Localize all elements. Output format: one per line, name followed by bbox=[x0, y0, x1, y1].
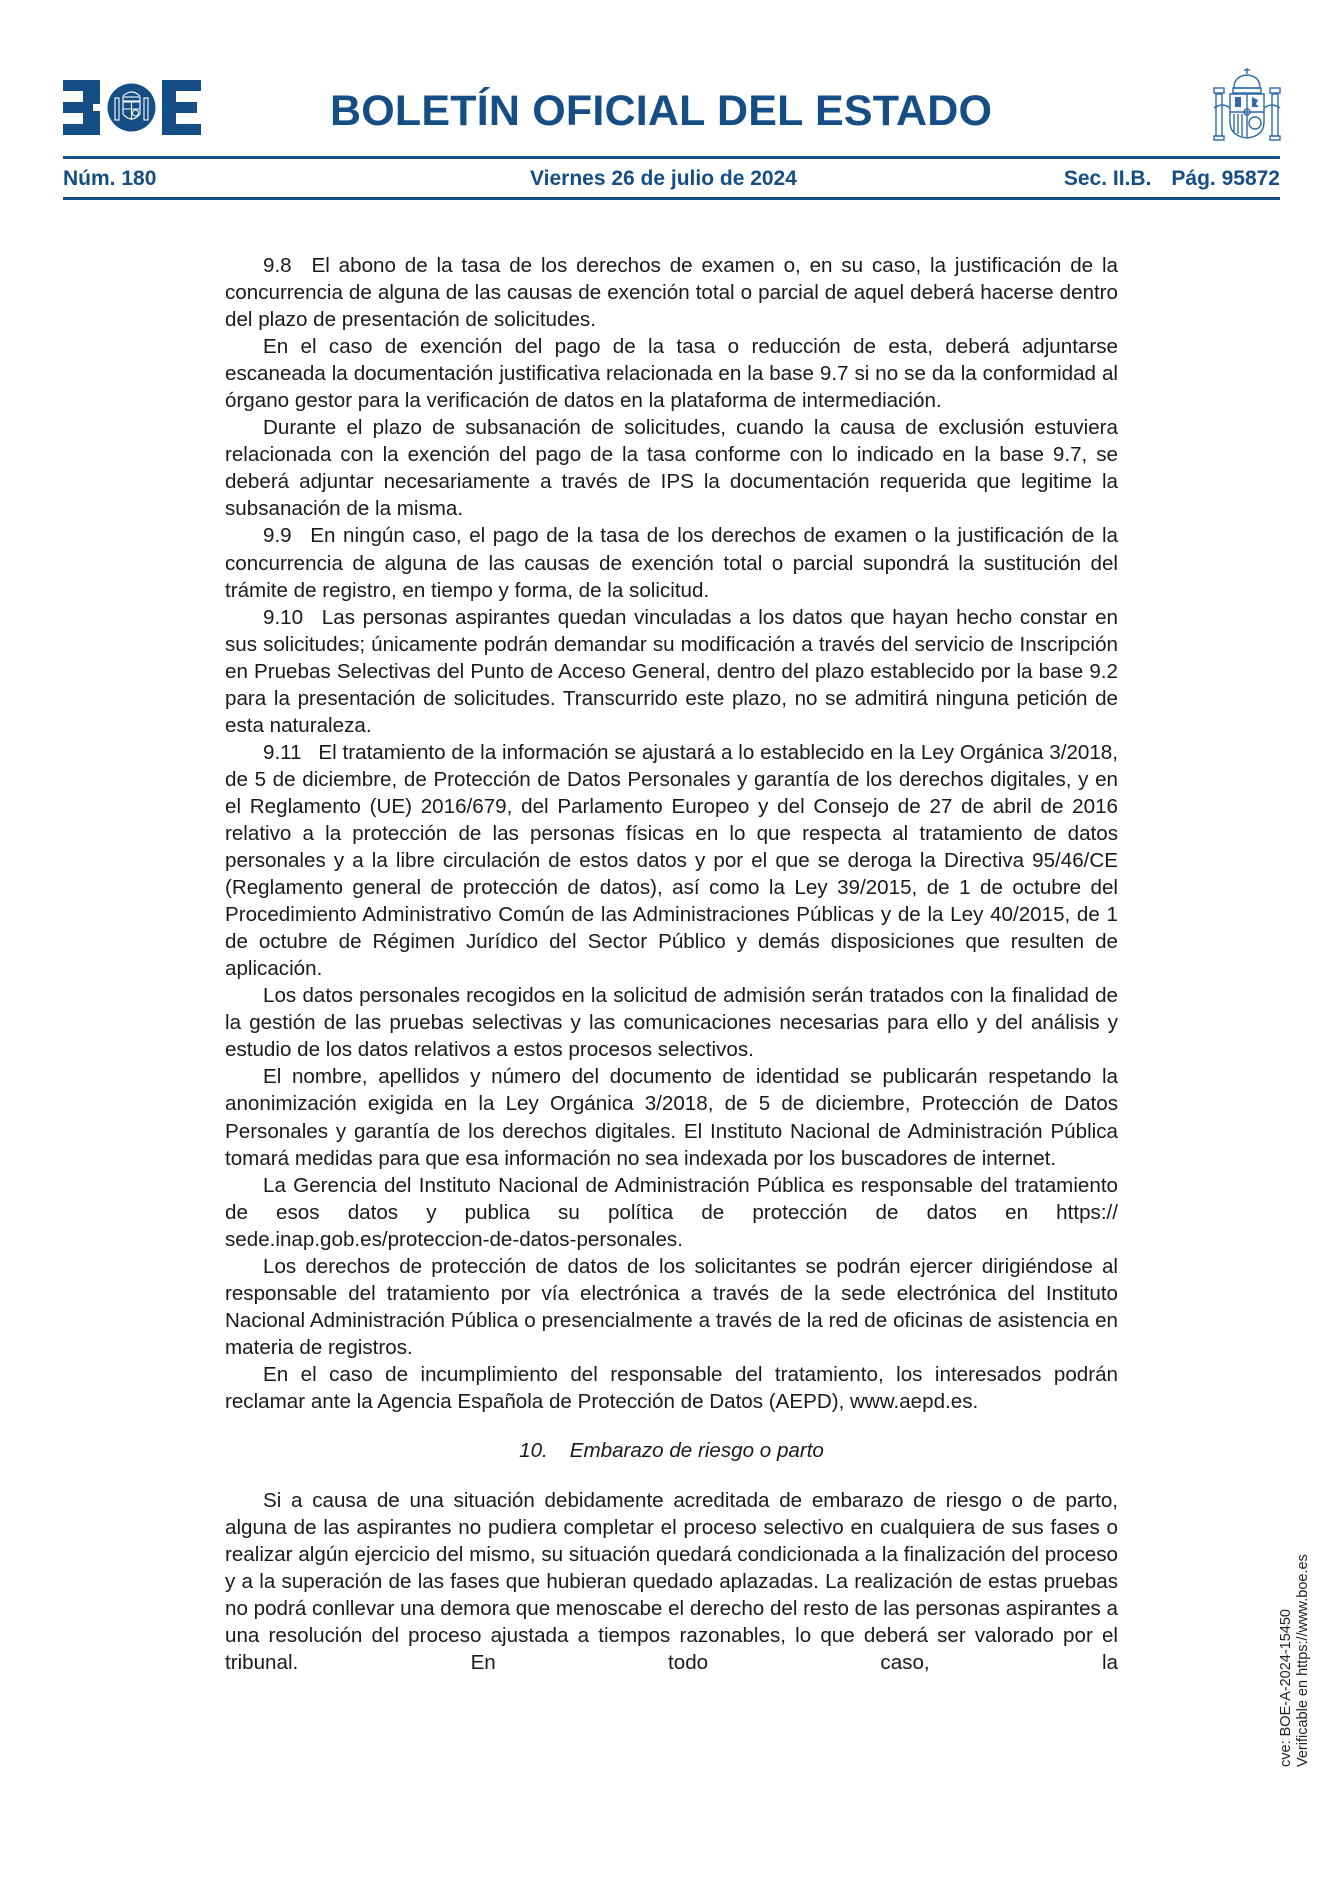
paragraph: Los derechos de protección de datos de l… bbox=[225, 1253, 1118, 1361]
boe-logo bbox=[63, 80, 201, 135]
clause-number: 9.9 bbox=[263, 524, 292, 547]
paragraph: La Gerencia del Instituto Nacional de Ad… bbox=[225, 1172, 1118, 1253]
header-rule-bottom bbox=[63, 197, 1280, 200]
section-label: Sec. II.B. bbox=[1064, 167, 1152, 190]
paragraph: En el caso de incumplimiento del respons… bbox=[225, 1361, 1118, 1415]
issue-number: Núm. 180 bbox=[63, 166, 156, 192]
section-title: Embarazo de riesgo o parto bbox=[570, 1439, 824, 1462]
verification-link[interactable]: Verificable en https://www.boe.es bbox=[1295, 1527, 1312, 1767]
section-number: 10. bbox=[519, 1439, 548, 1462]
paragraph-9-10: 9.10 Las personas aspirantes quedan vinc… bbox=[225, 604, 1118, 739]
coat-of-arms-icon bbox=[1212, 66, 1282, 142]
page-title: BOLETÍN OFICIAL DEL ESTADO bbox=[330, 86, 1030, 136]
header-rule-top bbox=[63, 156, 1280, 159]
paragraph-9-9: 9.9 En ningún caso, el pago de la tasa d… bbox=[225, 522, 1118, 603]
clause-number: 9.10 bbox=[263, 606, 303, 629]
document-body: 9.8 El abono de la tasa de los derechos … bbox=[225, 252, 1118, 1676]
paragraph: El nombre, apellidos y número del docume… bbox=[225, 1063, 1118, 1171]
paragraph: Si a causa de una situación debidamente … bbox=[225, 1487, 1118, 1676]
clause-number: 9.8 bbox=[263, 254, 292, 277]
section-page: Sec. II.B.Pág. 95872 bbox=[1064, 166, 1280, 192]
paragraph-9-8: 9.8 El abono de la tasa de los derechos … bbox=[225, 252, 1118, 333]
paragraph: En el caso de exención del pago de la ta… bbox=[225, 333, 1118, 414]
paragraph-9-11: 9.11 El tratamiento de la información se… bbox=[225, 739, 1118, 982]
paragraph: Los datos personales recogidos en la sol… bbox=[225, 982, 1118, 1063]
section-heading: 10.Embarazo de riesgo o parto bbox=[225, 1437, 1118, 1464]
issue-date: Viernes 26 de julio de 2024 bbox=[530, 166, 797, 192]
clause-number: 9.11 bbox=[263, 741, 302, 764]
cve-code: cve: BOE-A-2024-15450 bbox=[1278, 1527, 1295, 1767]
boe-logo-icon bbox=[63, 80, 201, 135]
page-number: Pág. 95872 bbox=[1171, 167, 1280, 190]
paragraph: Durante el plazo de subsanación de solic… bbox=[225, 414, 1118, 522]
side-verification-note: cve: BOE-A-2024-15450 Verificable en htt… bbox=[1278, 1527, 1312, 1767]
